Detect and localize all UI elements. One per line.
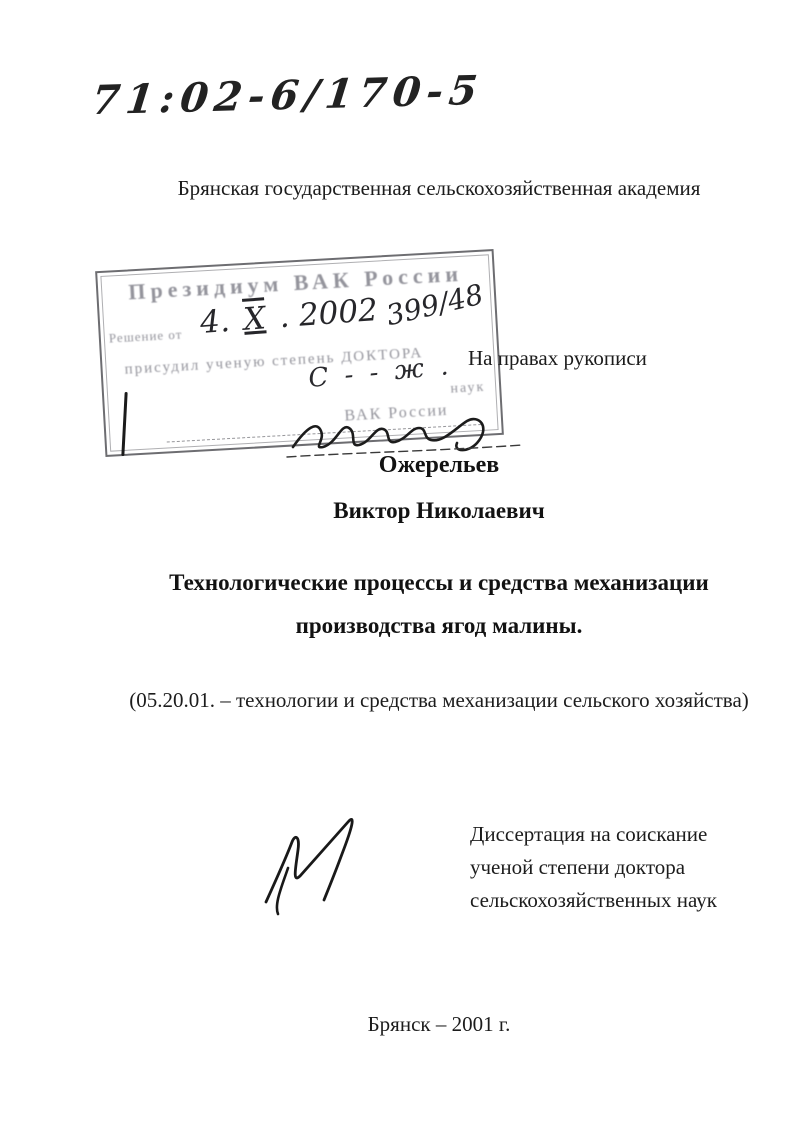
specialty-code: (05.20.01. – технологии и средства механ…	[85, 688, 793, 713]
academy-name: Брянская государственная сельскохозяйств…	[85, 176, 793, 201]
author-surname: Ожерельев	[85, 452, 793, 479]
dissertation-line: ученой степени доктора	[470, 851, 717, 884]
stamp-date-month: X	[242, 300, 267, 338]
author-signature-scribble	[248, 810, 388, 920]
dissertation-description: Диссертация на соискание ученой степени …	[470, 818, 717, 917]
stamp-decision-label: Решение от	[108, 327, 182, 347]
city-year: Брянск – 2001 г.	[85, 1012, 793, 1037]
stamp-date-year: . 2002	[278, 292, 379, 335]
author-name: Виктор Николаевич	[85, 498, 793, 524]
dissertation-title-page: 71:02-6/170-5 Брянская государственная с…	[0, 0, 793, 1122]
stamp-date-day: 4.	[199, 303, 231, 341]
dissertation-title-line2: производства ягод малины.	[85, 613, 793, 639]
dissertation-line: Диссертация на соискание	[470, 818, 717, 851]
dissertation-line: сельскохозяйственных наук	[470, 884, 717, 917]
handwritten-call-number: 71:02-6/170-5	[89, 67, 485, 124]
dissertation-title-line1: Технологические процессы и средства меха…	[85, 570, 793, 596]
stamp-nauk-line: наук	[450, 380, 486, 398]
manuscript-rights-note: На правах рукописи	[468, 346, 647, 371]
